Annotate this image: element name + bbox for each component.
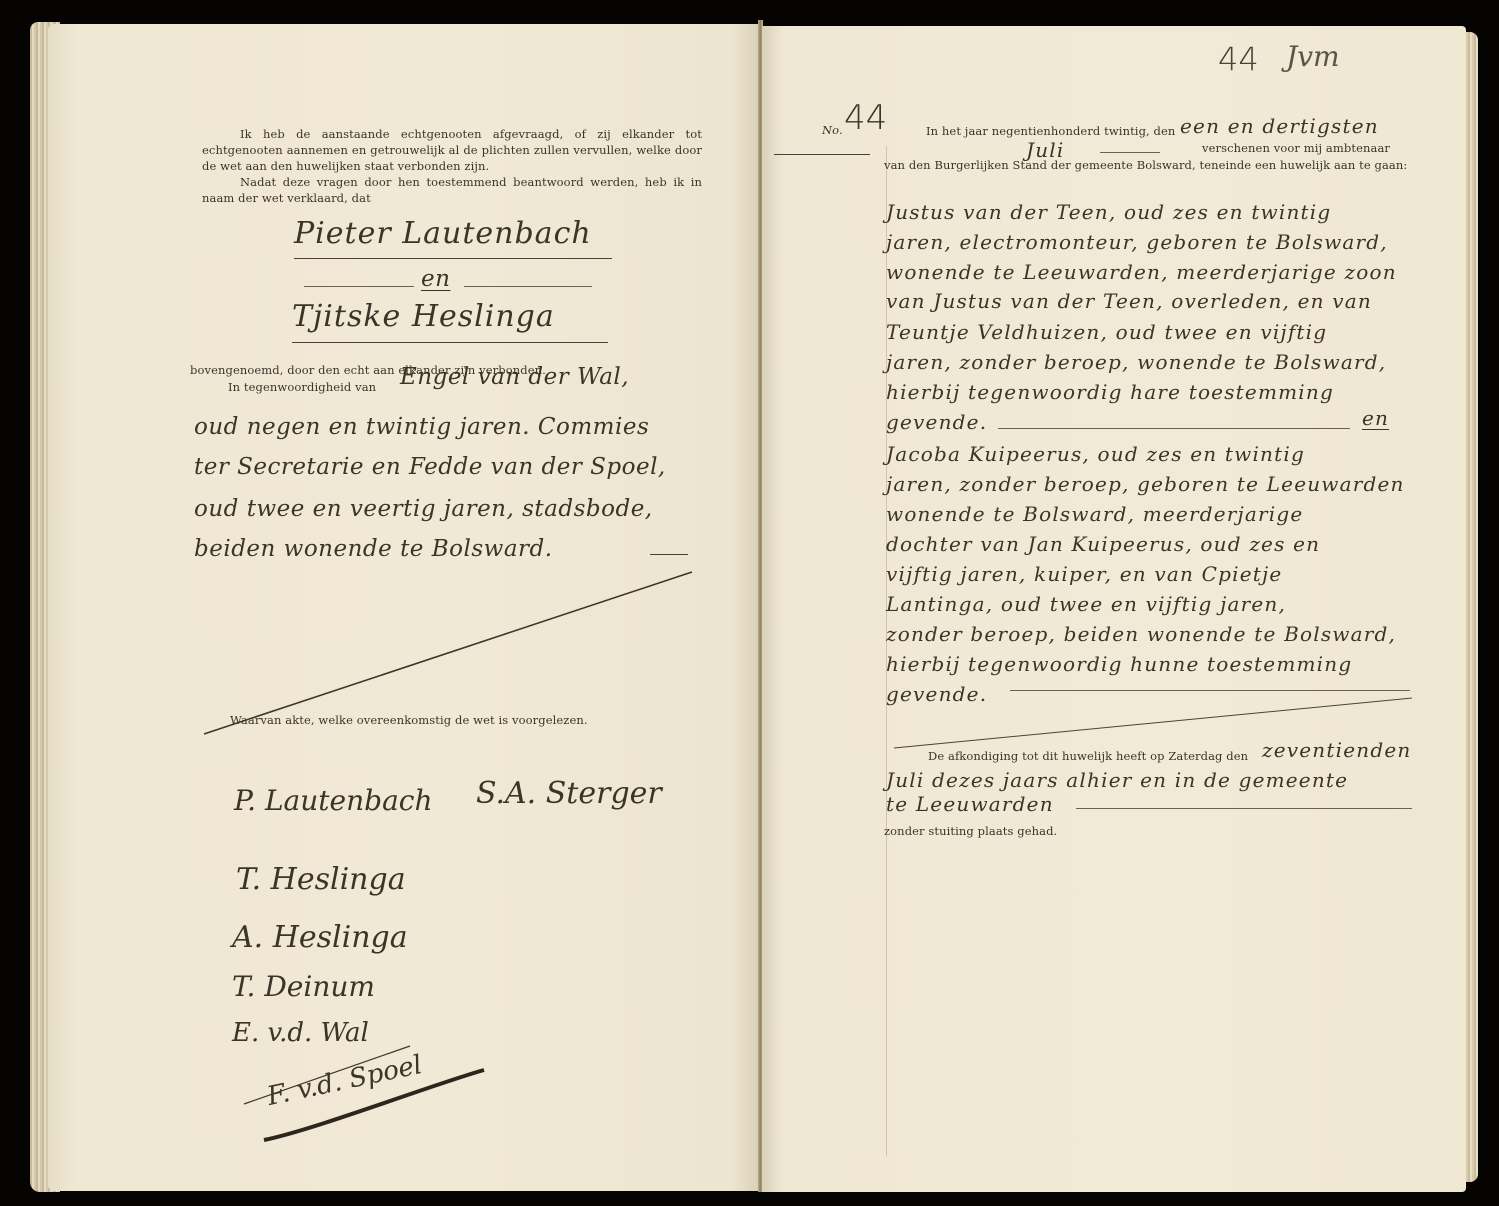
proclamation-line-2: te Leeuwarden xyxy=(886,792,1054,816)
signature-groom: P. Lautenbach xyxy=(234,784,432,817)
conjunction-en: en xyxy=(421,266,450,292)
page-initials-handwritten: Jvm xyxy=(1286,40,1340,73)
conjunction-en-right: en xyxy=(1362,406,1389,430)
conjunction-rule-left xyxy=(304,286,414,287)
witness-line-5: beiden wonende te Bolsward. xyxy=(194,536,553,562)
groom-line-4: van Justus van der Teen, overleden, en v… xyxy=(886,289,1372,313)
printed-closing-statement: Waarvan akte, welke overeenkomstig de we… xyxy=(192,712,588,728)
conjunction-rule-right xyxy=(464,286,592,287)
left-page: Ik heb de aanstaande echtgenooten afgevr… xyxy=(48,24,760,1191)
bride-line-7: zonder beroep, beiden wonende te Bolswar… xyxy=(886,622,1396,646)
groom-end-rule xyxy=(998,428,1350,429)
bride-line-5: vijftig jaren, kuiper, en van Cpietje xyxy=(886,562,1282,586)
groom-line-6: jaren, zonder beroep, wonende te Bolswar… xyxy=(886,350,1386,374)
page-number-handwritten: 44 xyxy=(1218,40,1259,78)
printed-proclamation: De afkondiging tot dit huwelijk heeft op… xyxy=(928,748,1248,764)
witness-line-1: Engel van der Wal, xyxy=(400,364,629,390)
bride-underline xyxy=(292,342,608,343)
groom-line-3: wonende te Leeuwarden, meerderjarige zoo… xyxy=(886,260,1397,284)
witness-line-3: ter Secretarie en Fedde van der Spoel, xyxy=(194,454,666,480)
groom-line-2: jaren, electromonteur, geboren te Bolswa… xyxy=(886,230,1388,254)
signature-witness-deinum: T. Deinum xyxy=(232,970,375,1003)
groom-underline xyxy=(294,258,612,259)
bride-line-1: Jacoba Kuipeerus, oud zes en twintig xyxy=(886,442,1305,466)
groom-line-8: gevende. xyxy=(886,410,987,434)
proclamation-end-rule xyxy=(1076,808,1412,809)
groom-line-5: Teuntje Veldhuizen, oud twee en vijftig xyxy=(886,320,1327,344)
right-page: 44 Jvm No. 44 In het jaar negentienhonde… xyxy=(762,26,1466,1192)
witness-end-rule xyxy=(650,554,688,555)
bride-end-rule xyxy=(1010,690,1410,691)
bride-line-2: jaren, zonder beroep, geboren te Leeuwar… xyxy=(886,472,1405,496)
act-number-rule xyxy=(774,154,870,155)
bride-line-6: Lantinga, oud twee en vijftig jaren, xyxy=(886,592,1286,616)
bride-line-3: wonende te Bolsward, meerderjarige xyxy=(886,502,1303,526)
printed-appeared: verschenen voor mij ambtenaar xyxy=(1202,140,1390,156)
printed-presence-label: In tegenwoordigheid van xyxy=(228,379,376,395)
signature-witness-a-heslinga: A. Heslinga xyxy=(232,920,408,955)
date-fill-rule xyxy=(1100,152,1160,153)
bride-line-4: dochter van Jan Kuipeerus, oud zes en xyxy=(886,532,1320,556)
groom-line-7: hierbij tegenwoordig hare toestemming xyxy=(886,380,1334,404)
act-number-handwritten: 44 xyxy=(844,98,887,138)
groom-name-handwritten: Pieter Lautenbach xyxy=(294,216,592,251)
bride-name-handwritten: Tjitske Heslinga xyxy=(292,299,555,334)
printed-no-objection: zonder stuiting plaats gehad. xyxy=(884,823,1057,839)
witness-line-2: oud negen en twintig jaren. Commies xyxy=(194,414,649,440)
bride-line-8: hierbij tegenwoordig hunne toestemming xyxy=(886,652,1352,676)
printed-office: van den Burgerlijken Stand der gemeente … xyxy=(884,157,1407,173)
proclamation-line-1: Juli dezes jaars alhier en in de gemeent… xyxy=(886,768,1348,792)
printed-opening: In het jaar negentienhonderd twintig, de… xyxy=(926,123,1175,139)
proclamation-day-handwritten: zeventienden xyxy=(1262,738,1411,762)
date-day-handwritten: een en dertigsten xyxy=(1180,114,1379,138)
groom-line-1: Justus van der Teen, oud zes en twintig xyxy=(886,200,1331,224)
act-number-label: No. xyxy=(822,122,843,138)
signature-official: S.A. Sterger xyxy=(476,776,662,811)
printed-intro-paragraph-2: Nadat deze vragen door hen toestemmend b… xyxy=(202,174,702,206)
printed-intro-paragraph-1: Ik heb de aanstaande echtgenooten afgevr… xyxy=(202,126,702,174)
signature-bride: T. Heslinga xyxy=(236,862,406,897)
witness-line-4: oud twee en veertig jaren, stadsbode, xyxy=(194,496,653,522)
